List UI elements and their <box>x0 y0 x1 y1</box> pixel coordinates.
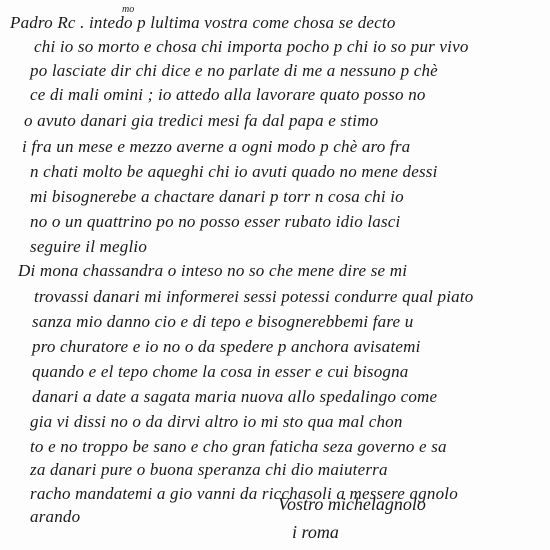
signature-name: Vostro michelagnolo <box>278 494 426 515</box>
letter-line: sanza mio danno cio e di tepo e bisogner… <box>32 313 413 330</box>
letter-line: Padro Rc . intedo p lultima vostra come … <box>10 14 396 31</box>
letter-line: i fra un mese e mezzo averne a ogni modo… <box>22 138 410 155</box>
letter-page: mo Padro Rc . intedo p lultima vostra co… <box>0 0 550 550</box>
letter-line: danari a date a sagata maria nuova allo … <box>32 388 437 405</box>
letter-line: Di mona chassandra o inteso no so che me… <box>18 262 407 279</box>
signature-place: i roma <box>292 522 339 543</box>
letter-line: o avuto danari gia tredici mesi fa dal p… <box>24 112 378 129</box>
letter-line: gia vi dissi no o da dirvi altro io mi s… <box>30 413 403 430</box>
letter-line: quando e el tepo chome la cosa in esser … <box>32 363 409 380</box>
letter-line: pro churatore e io no o da spedere p anc… <box>32 338 421 355</box>
letter-line: chi io so morto e chosa chi importa poch… <box>34 38 469 55</box>
letter-line: po lasciate dir chi dice e no parlate di… <box>30 62 438 79</box>
letter-line: n chati molto be aqueghi chi io avuti qu… <box>30 163 438 180</box>
letter-line: trovassi danari mi informerei sessi pote… <box>34 288 473 305</box>
letter-line: no o un quattrino po no posso esser ruba… <box>30 213 400 230</box>
letter-line: to e no troppo be sano e cho gran fatich… <box>30 438 447 455</box>
letter-line: arando <box>30 508 80 525</box>
letter-line: seguire il meglio <box>30 238 147 255</box>
letter-line: ce di mali omini ; io attedo alla lavora… <box>30 86 426 103</box>
letter-line: mi bisognerebe a chactare danari p torr … <box>30 188 404 205</box>
letter-line: za danari pure o buona speranza chi dio … <box>30 461 388 478</box>
